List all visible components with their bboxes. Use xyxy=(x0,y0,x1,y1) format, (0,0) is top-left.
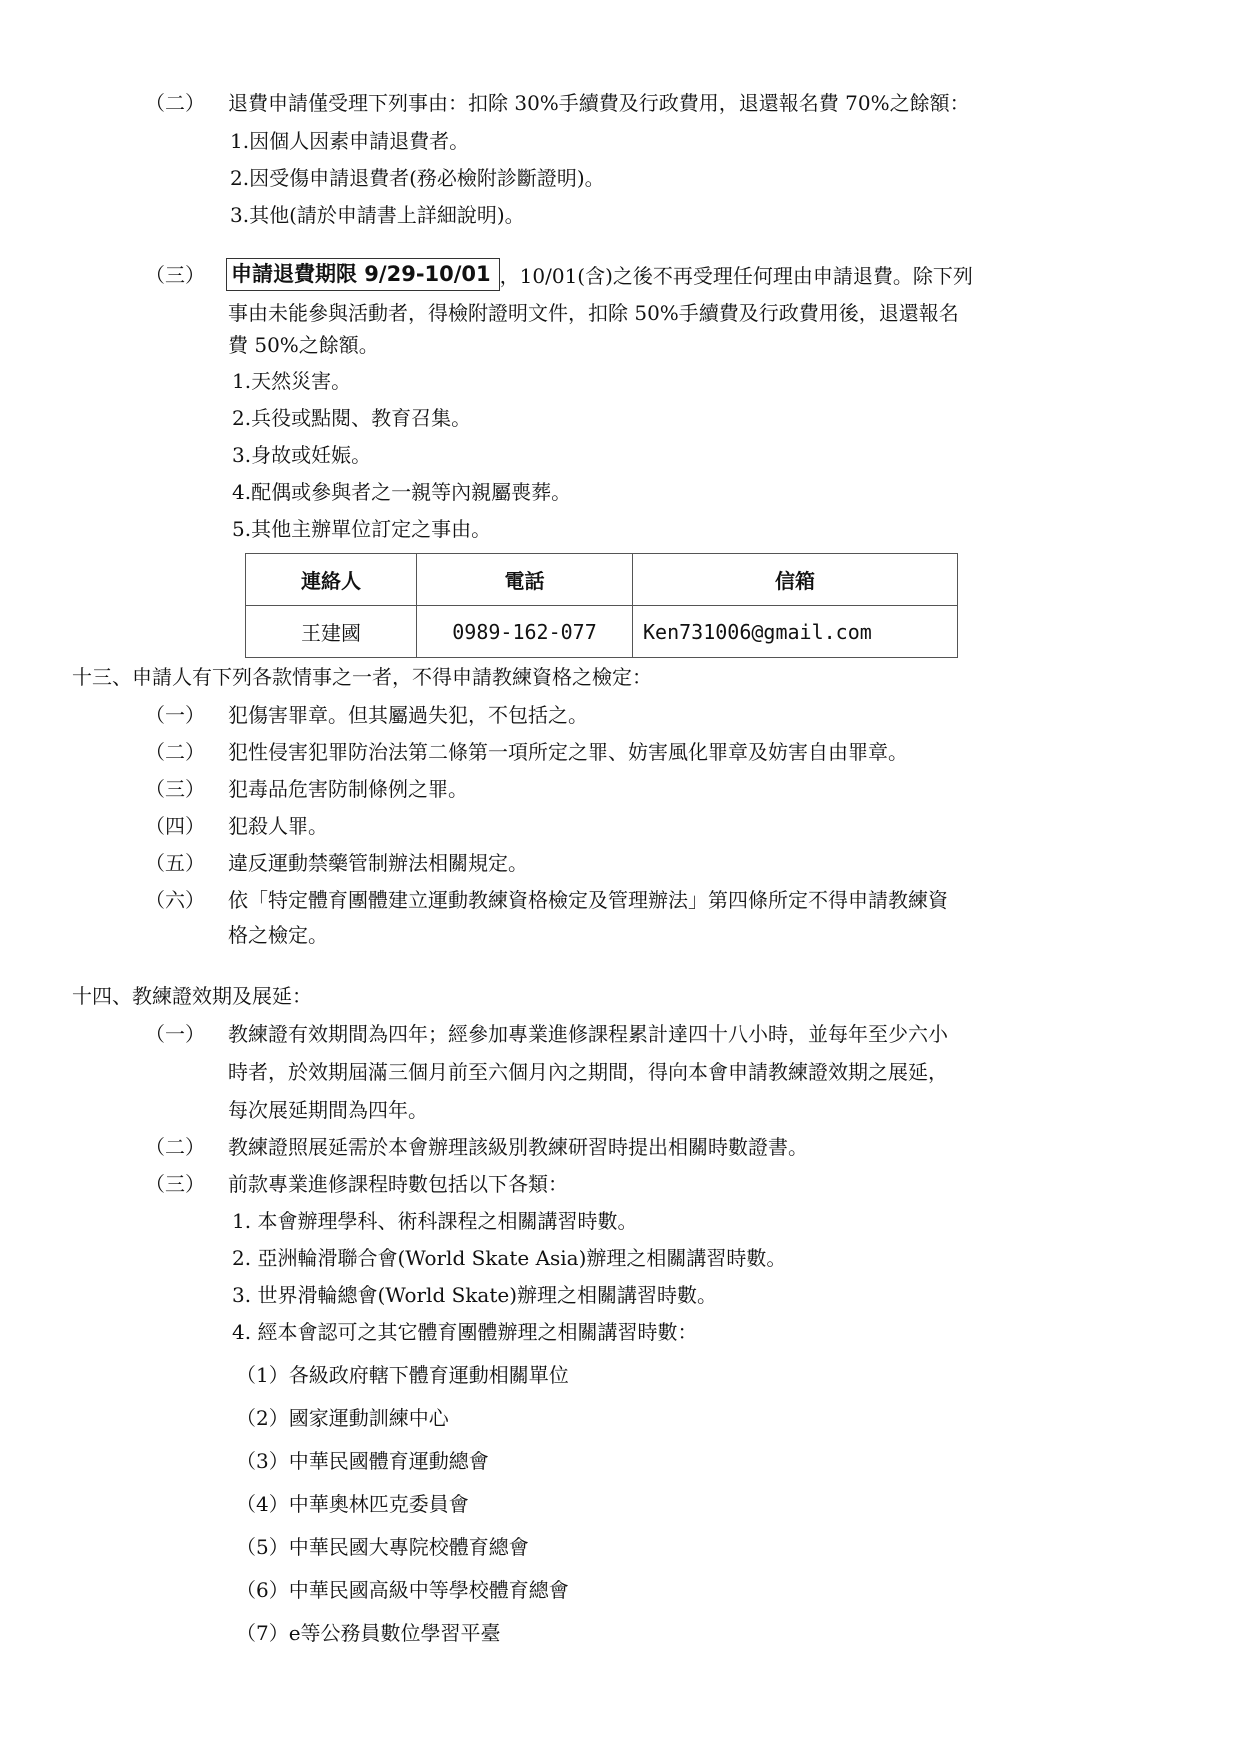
disqualification-item: 犯殺人罪。 xyxy=(228,813,328,839)
exception-item: 5.其他主辦單位訂定之事由。 xyxy=(232,516,491,542)
contact-person: 王建國 xyxy=(246,606,417,658)
organization-item: （7）e等公務員數位學習平臺 xyxy=(236,1620,501,1646)
contact-email[interactable]: Ken731006@gmail.com xyxy=(633,606,958,658)
course-hours-item: 3. 世界滑輪總會(World Skate)辦理之相關講習時數。 xyxy=(232,1282,717,1308)
organization-item: （6）中華民國高級中等學校體育總會 xyxy=(236,1577,569,1603)
item-marker: （一） xyxy=(145,1021,205,1047)
refund-reasons-intro: 退費申請僅受理下列事由：扣除 30%手續費及行政費用，退還報名費 70%之餘額： xyxy=(228,90,970,116)
disqualification-item: 犯傷害罪章。但其屬過失犯，不包括之。 xyxy=(228,702,588,728)
organization-item: （4）中華奧林匹克委員會 xyxy=(236,1491,469,1517)
disqualification-item: 依「特定體育團體建立運動教練資格檢定及管理辦法」第四條所定不得申請教練資 xyxy=(228,887,948,913)
contact-phone: 0989-162-077 xyxy=(417,606,633,658)
refund-deadline-text: ，10/01(含)之後不再受理任何理由申請退費。除下列 xyxy=(500,264,973,288)
header-phone: 電話 xyxy=(417,554,633,606)
organization-item: （3）中華民國體育運動總會 xyxy=(236,1448,489,1474)
item-marker: （五） xyxy=(145,850,205,876)
header-contact-person: 連絡人 xyxy=(246,554,417,606)
disqualification-item: 犯性侵害犯罪防治法第二條第一項所定之罪、妨害風化罪章及妨害自由罪章。 xyxy=(228,739,908,765)
item-marker: （三） xyxy=(145,776,205,802)
organization-item: （2）國家運動訓練中心 xyxy=(236,1405,449,1431)
course-hours-item: 4. 經本會認可之其它體育團體辦理之相關講習時數： xyxy=(232,1319,697,1345)
exception-item: 3.身故或妊娠。 xyxy=(232,442,371,468)
header-email: 信箱 xyxy=(633,554,958,606)
item-marker: （二） xyxy=(145,90,205,116)
disqualification-item-cont: 格之檢定。 xyxy=(228,922,328,948)
disqualification-item: 違反運動禁藥管制辦法相關規定。 xyxy=(228,850,528,876)
validity-text: 每次展延期間為四年。 xyxy=(228,1097,428,1123)
exception-item: 4.配偶或參與者之一親等內親屬喪葬。 xyxy=(232,479,571,505)
item-marker: （三） xyxy=(145,1171,205,1197)
refund-deadline-label: 申請退費期限 9/29-10/01 xyxy=(226,258,500,291)
refund-reason-item: 1.因個人因素申請退費者。 xyxy=(230,128,469,154)
item-marker: （三） xyxy=(145,262,205,288)
validity-text: 時者，於效期屆滿三個月前至六個月內之期間，得向本會申請教練證效期之展延， xyxy=(228,1059,948,1085)
refund-deadline-text-3: 費 50%之餘額。 xyxy=(228,332,379,358)
table-header-row: 連絡人 電話 信箱 xyxy=(246,554,958,606)
item-marker: （四） xyxy=(145,813,205,839)
item-marker: （二） xyxy=(145,739,205,765)
item-marker: （六） xyxy=(145,887,205,913)
course-hours-item: 2. 亞洲輪滑聯合會(World Skate Asia)辦理之相關講習時數。 xyxy=(232,1245,786,1271)
course-hours-intro: 前款專業進修課程時數包括以下各類： xyxy=(228,1171,568,1197)
exception-item: 1.天然災害。 xyxy=(232,368,351,394)
table-row: 王建國 0989-162-077 Ken731006@gmail.com xyxy=(246,606,958,658)
course-hours-item: 1. 本會辦理學科、術科課程之相關講習時數。 xyxy=(232,1208,637,1234)
section-14-heading: 十四、教練證效期及展延： xyxy=(72,983,312,1009)
refund-reason-item: 2.因受傷申請退費者(務必檢附診斷證明)。 xyxy=(230,165,605,191)
refund-reason-item: 3.其他(請於申請書上詳細說明)。 xyxy=(230,202,525,228)
item-marker: （二） xyxy=(145,1134,205,1160)
renewal-requirement: 教練證照展延需於本會辦理該級別教練研習時提出相關時數證書。 xyxy=(228,1134,808,1160)
validity-text: 教練證有效期間為四年；經參加專業進修課程累計達四十八小時，並每年至少六小 xyxy=(228,1021,948,1047)
section-13-heading: 十三、申請人有下列各款情事之一者，不得申請教練資格之檢定： xyxy=(72,664,652,690)
organization-item: （1）各級政府轄下體育運動相關單位 xyxy=(236,1362,569,1388)
refund-deadline-text-2: 事由未能參與活動者，得檢附證明文件，扣除 50%手續費及行政費用後，退還報名 xyxy=(228,300,959,326)
refund-deadline-line: 申請退費期限 9/29-10/01，10/01(含)之後不再受理任何理由申請退費… xyxy=(226,260,973,293)
organization-item: （5）中華民國大專院校體育總會 xyxy=(236,1534,529,1560)
exception-item: 2.兵役或點閱、教育召集。 xyxy=(232,405,471,431)
disqualification-item: 犯毒品危害防制條例之罪。 xyxy=(228,776,468,802)
item-marker: （一） xyxy=(145,702,205,728)
contact-table: 連絡人 電話 信箱 王建國 0989-162-077 Ken731006@gma… xyxy=(245,553,958,658)
